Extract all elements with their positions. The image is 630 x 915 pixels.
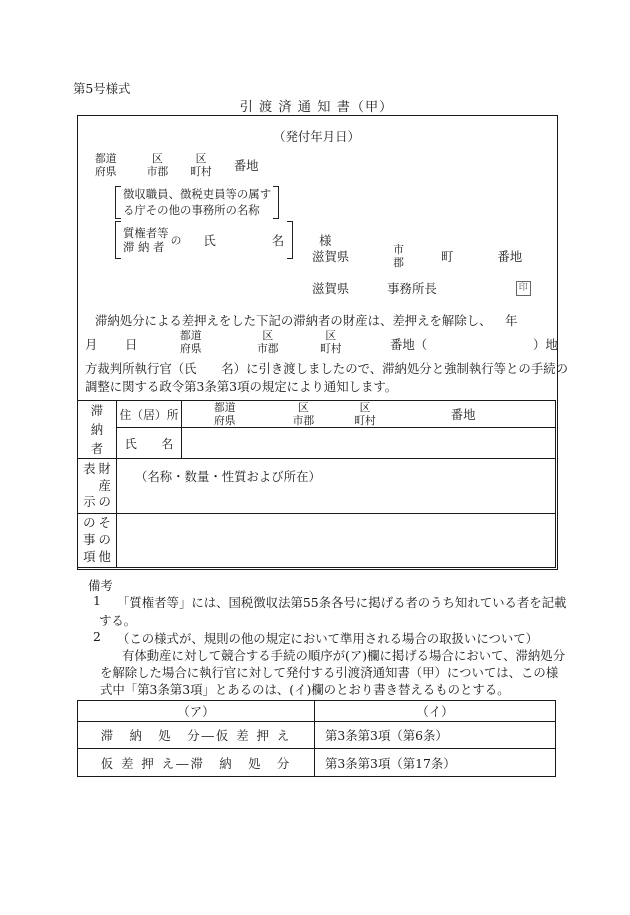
remark-2-number: 2 xyxy=(93,629,101,644)
sender-office-line: 滋賀県 事務所長 印 xyxy=(312,280,531,296)
name-value-cell xyxy=(182,428,555,459)
substitution-table: （ア） （イ） 滞 納 処 分―仮 差 押 え 第3条第3項（第6条） 仮 差 … xyxy=(77,700,556,777)
other-value-cell xyxy=(117,514,555,567)
body-month: 月 xyxy=(85,335,97,353)
remark-1-line1: 「質権者等」には、国税徴収法第55条各号に掲げる者のうち知れている者を記載 xyxy=(117,593,566,611)
addressee-bracket: 質権者等 滞 納 者 の 氏 名 様 xyxy=(115,221,332,259)
close-bracket xyxy=(273,186,279,219)
address-label-cell: 住（居）所 xyxy=(117,401,182,428)
body-line-4: 調整に関する政令第3条第3項の規定により通知します。 xyxy=(85,377,397,395)
remark-1-line2: する。 xyxy=(99,611,136,629)
body-banchi: 番地（ xyxy=(390,335,427,353)
debtor-row-label: 滞 納 者 xyxy=(78,401,117,459)
issue-date-label: （発付年月日） xyxy=(77,127,556,145)
document-page: 第5号様式 引 渡 済 通 知 書（甲） （発付年月日） 都道 府県 区 市郡 … xyxy=(0,0,630,915)
office-name-line2: る庁その他の事務所の名称 xyxy=(123,203,271,218)
th-ward-city-stack: 区 市郡 xyxy=(293,401,315,428)
recipient-address-row: 都道 府県 区 市郡 区 町村 番地 xyxy=(95,151,259,179)
addressee-shi: 氏 xyxy=(203,231,215,249)
remark-2-para-line1: 有体動産に対して競合する手続の順序が(ア)欄に掲げる場合において、滞納処分 xyxy=(122,646,565,664)
other-row-label: の 事 項 そ の 他 xyxy=(78,514,117,567)
body-chi: ）地 xyxy=(533,335,558,353)
sender-city-stack: 市 郡 xyxy=(393,243,404,270)
ward-city-stack: 区 市郡 xyxy=(147,152,169,179)
th-prefecture-stack: 都道 府県 xyxy=(214,401,236,428)
form-title: 引 渡 済 通 知 書（甲） xyxy=(77,96,556,115)
close-bracket xyxy=(287,221,293,259)
table-row-1-article: 第3条第3項（第6条） xyxy=(315,722,555,749)
body-line-3: 方裁判所執行官（氏 名）に引き渡しましたので、滞納処分と強制執行等との手続の xyxy=(85,359,568,377)
body-kuchoson-stack: 区 町村 xyxy=(320,329,342,356)
table-row-2-order: 仮 差 押 え―滞 納 処 分 xyxy=(78,749,315,776)
banchi-label: 番地 xyxy=(234,156,259,174)
addressee-type-stack: 質権者等 滞 納 者 xyxy=(121,226,169,255)
addressee-mei: 名 xyxy=(272,231,284,249)
debtor-table: 滞 納 者 住（居）所 都道 府県 区 市郡 区 町村 番地 氏 名 表 示 財… xyxy=(77,400,556,568)
table-row-2-article: 第3条第3項（第17条） xyxy=(315,749,555,776)
remark-2-para-line2: を解除した場合に執行官に対して発付する引渡済通知書（甲）については、この様 xyxy=(100,663,558,681)
addressee-no: の xyxy=(171,233,182,248)
body-line-1: 滞納処分による差押えをした下記の滞納者の財産は、差押えを解除し、 年 xyxy=(85,311,550,325)
sender-town: 町 xyxy=(441,247,453,265)
property-row-label: 表 示 財 産 の xyxy=(78,459,117,514)
body-pref-stack: 都道 府県 xyxy=(180,329,202,356)
remark-2-line1: （この様式が、規則の他の規定において準用される場合の取扱いについて） xyxy=(117,629,538,647)
remark-1-number: 1 xyxy=(93,593,101,608)
body-kushigun-stack: 区 市郡 xyxy=(257,329,279,356)
property-description-cell: （名称・数量・性質および所在） xyxy=(117,459,555,514)
form-number: 第5号様式 xyxy=(73,79,130,97)
col-header-b: （イ） xyxy=(315,701,555,722)
th-ward-town-stack: 区 町村 xyxy=(354,401,376,428)
table-row-1-order: 滞 納 処 分―仮 差 押 え xyxy=(78,722,315,749)
prefecture-stack: 都道 府県 xyxy=(95,152,117,179)
col-header-a: （ア） xyxy=(78,701,315,722)
th-banchi-label: 番地 xyxy=(451,405,476,423)
seal-stamp: 印 xyxy=(516,281,531,296)
name-label-cell: 氏 名 xyxy=(117,428,182,459)
remarks-heading: 備考 xyxy=(88,576,113,594)
sender-office-head: 事務所長 xyxy=(387,279,437,297)
ward-town-stack: 区 町村 xyxy=(190,152,212,179)
office-name-line1: 徴収職員、徴税吏員等の属す xyxy=(123,187,271,202)
sender-banchi: 番地 xyxy=(497,247,522,265)
sender-prefecture2: 滋賀県 xyxy=(312,279,349,297)
body-day: 日 xyxy=(125,335,137,353)
sender-prefecture: 滋賀県 xyxy=(312,247,349,265)
body-line-2: 月 日 都道 府県 区 市郡 区 町村 番地（ ）地 xyxy=(85,327,550,357)
address-header-cell: 都道 府県 区 市郡 区 町村 番地 xyxy=(182,401,555,428)
remark-2-para-line3: 式中「第3条第3項」とあるのは、(イ)欄のとおり書き替えるものとする。 xyxy=(100,680,510,698)
office-name-bracket: 徴収職員、徴税吏員等の属す る庁その他の事務所の名称 xyxy=(115,186,279,219)
sender-address-line: 滋賀県 市 郡 町 番地 xyxy=(312,242,522,270)
